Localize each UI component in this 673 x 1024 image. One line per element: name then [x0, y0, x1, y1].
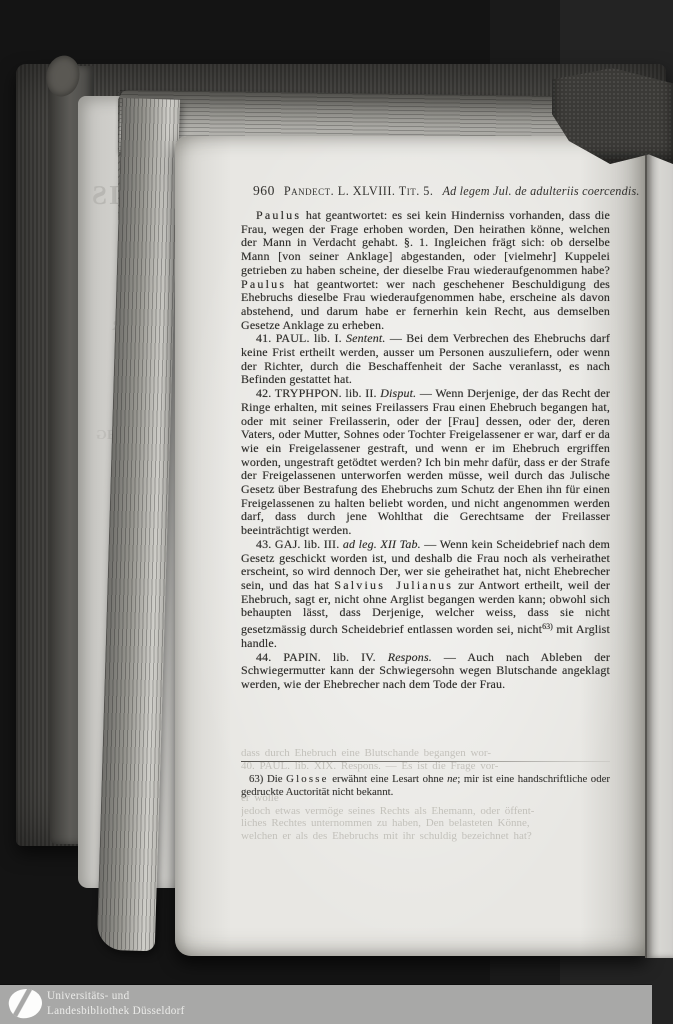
library-name: Universitäts- und Landesbibliothek Düsse… [47, 989, 185, 1018]
text-segment: Respons. [388, 650, 432, 664]
bleedthrough-text: dass durch Ehebruch eine Blutschande beg… [241, 747, 610, 772]
text-segment: 44. PAPIN. lib. IV. [256, 650, 388, 664]
text-segment: 63) Die [249, 773, 286, 785]
paragraph: 44. PAPIN. lib. IV. Respons. — Auch nach… [241, 651, 610, 692]
library-name-line2: Landesbibliothek Düsseldorf [47, 1004, 185, 1019]
running-header: 960 Pandect. L. XLVIII. Tit. 5. Ad legem… [241, 183, 610, 199]
ghost-line: er wolle [241, 792, 610, 805]
body-text: Paulus hat geantwortet: es sei kein Hind… [241, 209, 610, 759]
text-segment: 42. TRYPHPON. lib. II. [256, 386, 380, 400]
text-segment: 63) [542, 622, 553, 631]
header-title: Pandect. L. XLVIII. Tit. 5. [284, 184, 434, 199]
text-segment: Paulus [241, 277, 286, 291]
ghost-line: welchen er als des Ehebruchs mit ihr sch… [241, 830, 610, 843]
footnote-rule [241, 761, 610, 762]
text-segment: Paulus [256, 209, 301, 222]
paragraph: Paulus hat geantwortet: es sei kein Hind… [241, 209, 610, 332]
text-segment: Disput. [380, 386, 416, 400]
paragraph: 42. TRYPHPON. lib. II. Disput. — Wenn De… [241, 387, 610, 538]
paragraph: 41. PAUL. lib. I. Sentent. — Bei dem Ver… [241, 332, 610, 387]
ghost-line: dass durch Ehebruch eine Blutschande beg… [241, 747, 610, 760]
bleedthrough-mark: IS [90, 180, 120, 211]
header-title-latin: Ad legem Jul. de adulteriis coercendis. [442, 184, 639, 199]
library-banner: Universitäts- und Landesbibliothek Düsse… [0, 985, 652, 1024]
page-number: 960 [253, 183, 275, 199]
text-segment: 43. GAJ. lib. III. [256, 537, 343, 551]
library-logo-icon [6, 985, 46, 1022]
text-segment: Glosse [286, 773, 329, 785]
paragraph: 43. GAJ. lib. III. ad leg. XII Tab. — We… [241, 538, 610, 651]
text-segment: — Wenn Derjenige, der das Recht der Ring… [241, 386, 610, 537]
ghost-line: liches Rechtes unternommen zu haben, Den… [241, 817, 610, 830]
book-scan-photo: IS R ƎG 960 Pandect. L. XLVIII. Tit. 5. … [0, 0, 673, 1024]
bleedthrough-text: er wollejedoch etwas vermöge seines Rech… [241, 792, 610, 842]
facing-page-edge [645, 138, 673, 958]
text-segment: ne [447, 773, 457, 785]
text-segment: erwähnt eine Lesart ohne [329, 773, 447, 785]
ghost-line: jedoch etwas vermöge seines Rechts als E… [241, 805, 610, 818]
recto-page: 960 Pandect. L. XLVIII. Tit. 5. Ad legem… [175, 136, 646, 956]
text-segment: Salvius Julianus [334, 578, 453, 592]
text-segment: 41. PAUL. lib. I. [256, 331, 346, 345]
text-segment: Sentent. [346, 331, 386, 345]
text-segment: hat geantwortet: wer nach geschehener Be… [241, 277, 610, 332]
text-segment: ad leg. XII Tab. [343, 537, 421, 551]
library-name-line1: Universitäts- und [47, 989, 185, 1004]
